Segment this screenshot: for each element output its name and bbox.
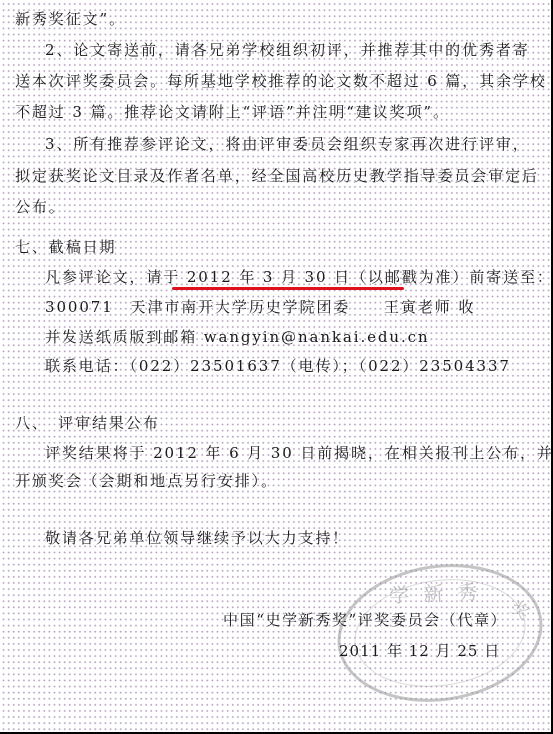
closing-line: 敬请各兄弟单位领导继续予以大力支持！	[45, 528, 349, 548]
signature-organization: 中国“史学新秀奖”评奖委员会（代章）	[223, 610, 507, 630]
red-underline-highlight	[172, 287, 404, 290]
section-heading-results: 八、 评审结果公布	[15, 413, 160, 433]
paragraph-line: 新秀奖征文”。	[15, 9, 126, 29]
address-line: 300071 天津市南开大学历史学院团委 王寅老师 收	[45, 297, 475, 317]
email-line: 并发送纸质版到邮箱 wangyin@nankai.edu.cn	[45, 327, 429, 347]
paragraph-line: 公布。	[15, 197, 66, 217]
paragraph-line: 评奖结果将于 2012 年 6 月 30 日前揭晓，在相关报刊上公布，并召	[45, 443, 553, 463]
paragraph-line: 不超过 3 篇。推荐论文请附上“评语”并注明“建议奖项”。	[15, 102, 450, 122]
paragraph-line: 开颁奖会（会期和地点另行安排）。	[15, 471, 278, 491]
paragraph-line: 送本次评奖委员会。每所基地学校推荐的论文数不超过 6 篇，其余学校	[15, 71, 547, 91]
document-page: 新秀奖征文”。 2、论文寄送前，请各兄弟学校组织初评，并推荐其中的优秀者寄 送本…	[0, 0, 553, 734]
paragraph-line: 拟定获奖论文目录及作者名单，经全国高校历史教学指导委员会审定后	[15, 166, 539, 186]
official-seal-stamp: 学新秀 奖	[329, 551, 552, 714]
paragraph-line: 2、论文寄送前，请各兄弟学校组织初评，并推荐其中的优秀者寄	[45, 40, 530, 60]
phone-line: 联系电话：（022）23501637（电传）；（022）23504337	[45, 356, 511, 376]
section-heading-deadline: 七、截稿日期	[15, 237, 116, 257]
deadline-line: 凡参评论文，请于 2012 年 3 月 30 日（以邮戳为准）前寄送至：	[45, 267, 553, 287]
signature-date: 2011 年 12 月 25 日	[339, 641, 500, 661]
paragraph-line: 3、所有推荐参评论文，将由评审委员会组织专家再次进行评审，	[45, 134, 530, 154]
seal-top-text: 学新秀	[389, 576, 492, 609]
